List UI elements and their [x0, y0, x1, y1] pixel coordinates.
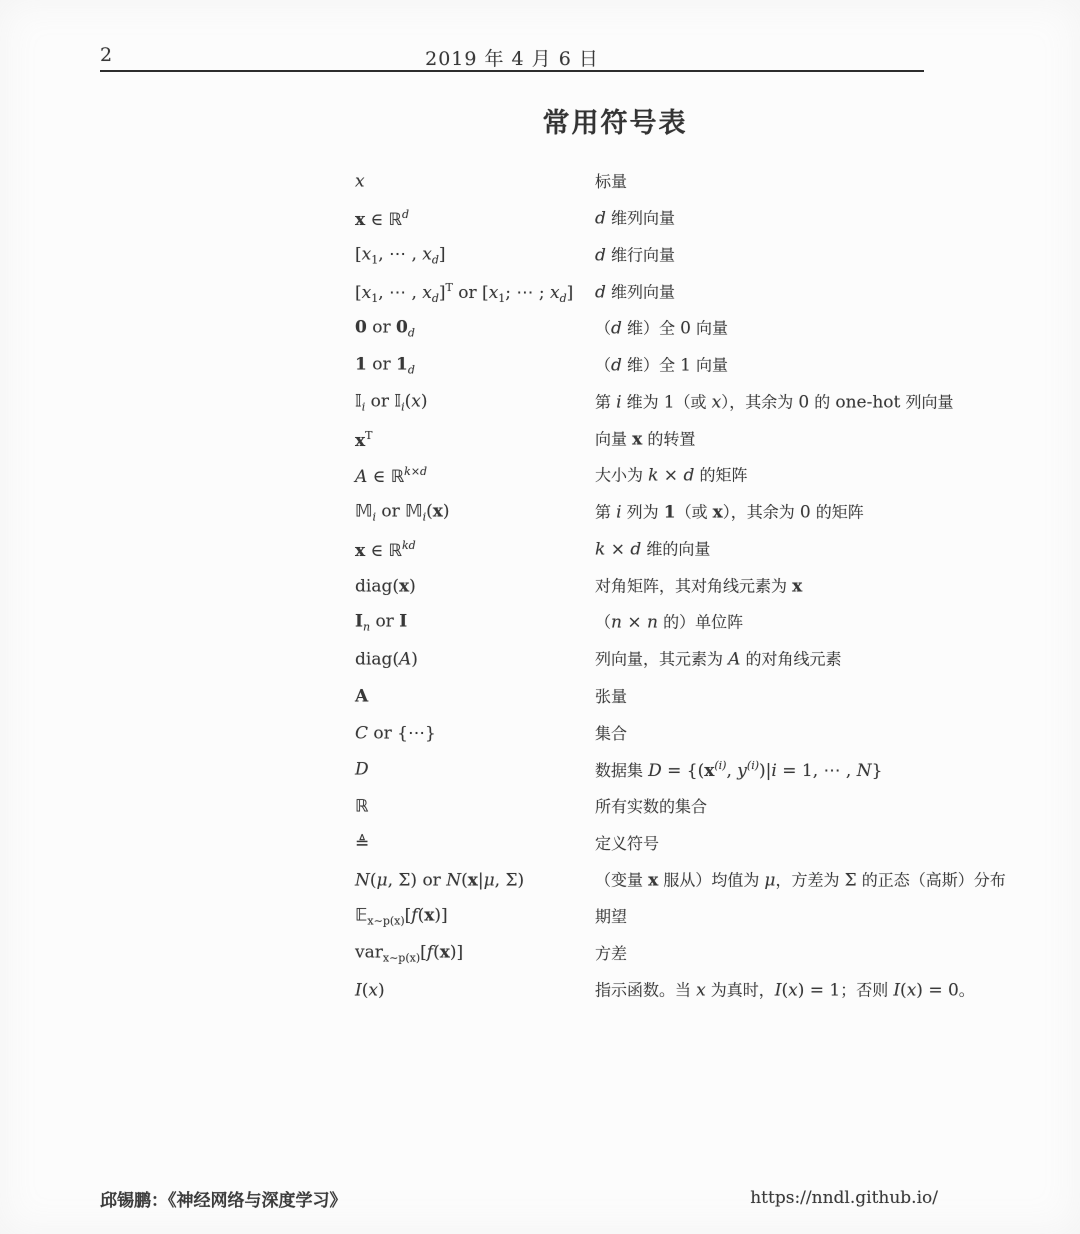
- math-segment: or: [376, 502, 405, 522]
- table-row: x ∈ ℝdd 维列向量: [355, 201, 1015, 238]
- math-segment: (i): [714, 759, 726, 772]
- description-cell: 对角矩阵，其对角线元素为 x: [595, 578, 802, 595]
- symbol-cell: diag(A): [355, 652, 418, 669]
- math-segment: x: [424, 906, 434, 926]
- math-segment: ]: [567, 283, 574, 303]
- math-segment: d: [408, 364, 415, 377]
- symbol-cell: xT: [355, 430, 372, 450]
- math-segment: ），其余为: [721, 392, 798, 411]
- math-segment: ): [421, 391, 428, 411]
- table-row: [x1, ⋯ , xd]d 维行向量: [355, 238, 1015, 275]
- math-segment: 𝕄: [355, 502, 372, 522]
- math-segment: 第: [595, 392, 616, 411]
- math-segment: x∼p(x): [367, 915, 404, 928]
- math-segment: ∈: [365, 210, 388, 230]
- math-segment: x: [422, 283, 432, 303]
- math-segment: x: [440, 943, 450, 963]
- math-segment: diag(: [355, 576, 399, 596]
- description-cell: 定义符号: [595, 836, 659, 852]
- symbol-cell: A ∈ ℝk×d: [355, 466, 427, 486]
- math-segment: I: [355, 612, 363, 632]
- math-segment: (: [461, 870, 468, 890]
- math-segment: d: [432, 253, 439, 266]
- math-segment: ]: [439, 283, 446, 303]
- math-segment: x: [355, 210, 365, 230]
- table-row: I(x)指示函数。当 x 为真时，I(x) = 1；否则 I(x) = 0。: [355, 973, 1015, 1010]
- math-segment: x: [713, 503, 723, 523]
- table-row: [x1, ⋯ , xd]T or [x1; ⋯ ; xd]d 维列向量: [355, 274, 1015, 311]
- description-cell: 所有实数的集合: [595, 799, 707, 815]
- math-segment: [: [420, 943, 427, 963]
- math-segment: 向量: [595, 429, 632, 448]
- description-cell: （n × n 的）单位阵: [595, 615, 743, 632]
- math-segment: x: [422, 244, 432, 264]
- math-segment: x: [632, 429, 642, 449]
- math-segment: 第: [595, 503, 616, 522]
- math-segment: 标量: [595, 172, 627, 191]
- description-cell: 向量 x 的转置: [595, 431, 695, 448]
- symbol-cell: diag(x): [355, 578, 416, 595]
- math-segment: 向量: [691, 319, 728, 338]
- symbol-cell: [x1, ⋯ , xd]: [355, 246, 446, 265]
- math-segment: （: [595, 319, 611, 338]
- math-segment: x: [355, 172, 365, 192]
- symbol-cell: 0 or 0d: [355, 320, 415, 339]
- math-segment: 服从）均值为: [658, 870, 764, 889]
- table-row: x ∈ ℝkdk × d 维的向量: [355, 532, 1015, 569]
- math-segment: ，方差为: [775, 870, 844, 889]
- page-title: 常用符号表: [543, 101, 688, 140]
- math-segment: 维的向量: [641, 539, 710, 558]
- math-segment: ): [409, 576, 416, 596]
- math-segment: ×: [605, 539, 630, 559]
- math-segment: d: [402, 208, 409, 221]
- math-segment: 1: [664, 392, 675, 412]
- symbol-cell: 𝕀i or 𝕀i(x): [355, 393, 427, 412]
- math-segment: d: [408, 327, 415, 340]
- math-segment: ): [378, 980, 385, 1000]
- table-row: varx∼p(x)[f(x)]方差: [355, 936, 1015, 973]
- math-segment: x: [368, 980, 378, 1000]
- math-segment: ,: [726, 761, 737, 781]
- math-segment: x: [355, 431, 365, 451]
- math-segment: I: [775, 980, 782, 1000]
- math-segment: d: [611, 319, 622, 339]
- math-segment: or {⋯}: [368, 723, 436, 743]
- math-segment: k: [595, 539, 605, 559]
- math-segment: x∼p(x): [383, 952, 420, 965]
- table-row: D数据集 D = {(x(i), y(i))|i = 1, ⋯ , N}: [355, 752, 1015, 789]
- symbol-cell: x ∈ ℝd: [355, 209, 409, 229]
- math-segment: (: [370, 870, 377, 890]
- table-row: In or I（n × n 的）单位阵: [355, 605, 1015, 642]
- math-segment: d: [560, 292, 567, 305]
- math-segment: ×: [658, 466, 683, 486]
- table-row: 0 or 0d（d 维）全 0 向量: [355, 311, 1015, 348]
- math-segment: )|: [759, 761, 771, 781]
- math-segment: = {(: [662, 761, 705, 781]
- symbol-cell: 𝕄i or 𝕄i(x): [355, 504, 450, 523]
- table-row: diag(x)对角矩阵，其对角线元素为 x: [355, 568, 1015, 605]
- math-segment: x: [489, 283, 499, 303]
- table-row: xT向量 x 的转置: [355, 421, 1015, 458]
- math-segment: n: [363, 621, 370, 634]
- math-segment: 1: [680, 356, 691, 376]
- description-cell: 第 i 维为 1（或 x），其余为 0 的 one-hot 列向量: [595, 394, 953, 411]
- math-segment: ），其余为: [723, 503, 800, 522]
- math-segment: (i): [747, 759, 759, 772]
- math-segment: )]: [434, 906, 447, 926]
- math-segment: μ: [764, 870, 775, 890]
- math-segment: C: [355, 723, 368, 743]
- description-cell: d 维行向量: [595, 247, 675, 264]
- math-segment: 为真时，: [706, 980, 775, 999]
- math-segment: 𝕄: [405, 502, 422, 522]
- math-segment: )]: [450, 943, 463, 963]
- table-row: C or {⋯}集合: [355, 715, 1015, 752]
- math-segment: 𝕀: [355, 391, 362, 411]
- math-segment: T: [446, 281, 453, 294]
- math-segment: x: [399, 576, 409, 596]
- math-segment: （: [595, 356, 611, 375]
- table-row: A ∈ ℝk×d大小为 k × d 的矩阵: [355, 458, 1015, 495]
- math-segment: ℝ: [355, 797, 368, 817]
- table-row: 1 or 1d（d 维）全 1 向量: [355, 348, 1015, 385]
- description-cell: （d 维）全 0 向量: [595, 321, 728, 338]
- footer-url-link[interactable]: https://nndl.github.io/: [750, 1188, 938, 1208]
- table-row: ≜定义符号: [355, 826, 1015, 863]
- math-segment: N: [857, 761, 872, 781]
- math-segment: 数据集: [595, 761, 648, 780]
- table-row: ℝ所有实数的集合: [355, 789, 1015, 826]
- math-segment: 𝔼: [355, 906, 367, 926]
- description-cell: 大小为 k × d 的矩阵: [595, 468, 747, 485]
- table-row: 𝕄i or 𝕄i(x)第 i 列为 1（或 x），其余为 0 的矩阵: [355, 495, 1015, 532]
- symbol-cell: 𝔼x∼p(x)[f(x)]: [355, 908, 448, 927]
- math-segment: ) = 1: [798, 980, 841, 1000]
- math-segment: 所有实数的集合: [595, 797, 707, 816]
- header-date: 2019 年 4 月 6 日: [100, 44, 924, 71]
- symbol-cell: varx∼p(x)[f(x)]: [355, 945, 463, 964]
- description-cell: 指示函数。当 x 为真时，I(x) = 1；否则 I(x) = 0。: [595, 982, 975, 999]
- math-segment: diag(: [355, 650, 399, 670]
- math-segment: ℝ: [391, 467, 404, 487]
- description-cell: 期望: [595, 909, 627, 925]
- math-segment: ≜: [355, 833, 369, 853]
- math-segment: x: [433, 502, 443, 522]
- math-segment: = 1, ⋯ ,: [777, 761, 857, 781]
- math-segment: 列向量: [900, 392, 953, 411]
- math-segment: （或: [675, 392, 712, 411]
- math-segment: 的）单位阵: [658, 613, 743, 632]
- math-segment: x: [704, 761, 714, 781]
- math-segment: ]: [439, 244, 446, 264]
- math-segment: 0: [800, 503, 811, 523]
- math-segment: 1: [396, 355, 408, 375]
- description-cell: 列向量，其元素为 A 的对角线元素: [595, 652, 841, 669]
- math-segment: d: [432, 292, 439, 305]
- math-segment: d: [595, 209, 606, 229]
- math-segment: 的矩阵: [694, 466, 747, 485]
- math-segment: 。: [959, 980, 975, 999]
- symbol-cell: ≜: [355, 835, 369, 852]
- math-segment: d: [595, 282, 606, 302]
- math-segment: x: [468, 870, 478, 890]
- math-segment: 期望: [595, 907, 627, 926]
- math-segment: n: [611, 613, 622, 633]
- math-segment: 定义符号: [595, 834, 659, 853]
- math-segment: , ⋯ ,: [378, 283, 422, 303]
- description-cell: （变量 x 服从）均值为 μ，方差为 Σ 的正态（高斯）分布: [595, 872, 1006, 889]
- math-segment: μ: [484, 870, 495, 890]
- symbol-cell: D: [355, 762, 369, 779]
- math-segment: ) = 0: [916, 980, 959, 1000]
- math-segment: }: [872, 761, 883, 781]
- math-segment: 张量: [595, 687, 627, 706]
- math-segment: d: [683, 466, 694, 486]
- math-segment: 的正态（高斯）分布: [857, 870, 1006, 889]
- symbol-cell: A: [355, 688, 368, 705]
- math-segment: ): [443, 502, 450, 522]
- math-segment: kd: [402, 539, 416, 552]
- math-segment: ℝ: [389, 210, 402, 230]
- math-segment: I: [399, 612, 407, 632]
- math-segment: 0: [355, 318, 367, 338]
- math-segment: x: [788, 980, 798, 1000]
- math-segment: or: [367, 355, 396, 375]
- symbol-cell: C or {⋯}: [355, 725, 436, 742]
- table-row: 𝕀i or 𝕀i(x)第 i 维为 1（或 x），其余为 0 的 one-hot…: [355, 385, 1015, 422]
- math-segment: ×: [622, 613, 647, 633]
- table-row: N(μ, Σ) or N(x|μ, Σ)（变量 x 服从）均值为 μ，方差为 Σ…: [355, 862, 1015, 899]
- math-segment: Σ: [845, 870, 857, 890]
- math-segment: k: [648, 466, 658, 486]
- table-row: diag(A)列向量，其元素为 A 的对角线元素: [355, 642, 1015, 679]
- description-cell: 方差: [595, 946, 627, 962]
- symbol-table: x标量x ∈ ℝdd 维列向量[x1, ⋯ , xd]d 维行向量[x1, ⋯ …: [355, 164, 1015, 1009]
- table-row: x标量: [355, 164, 1015, 201]
- math-segment: x: [648, 870, 658, 890]
- math-segment: 指示函数。当: [595, 980, 696, 999]
- math-segment: ; ⋯ ;: [505, 283, 550, 303]
- math-segment: [: [355, 283, 362, 303]
- math-segment: d: [630, 539, 641, 559]
- header-rule: [100, 70, 924, 72]
- math-segment: (: [426, 502, 433, 522]
- math-segment: ∈: [367, 467, 390, 487]
- math-segment: μ: [377, 870, 388, 890]
- math-segment: , ⋯ ,: [378, 244, 422, 264]
- math-segment: （: [595, 613, 611, 632]
- math-segment: 0: [396, 318, 408, 338]
- math-segment: , Σ): [495, 870, 524, 890]
- math-segment: D: [648, 761, 662, 781]
- math-segment: 对角矩阵，其对角线元素为: [595, 576, 792, 595]
- symbol-cell: [x1, ⋯ , xd]T or [x1; ⋯ ; xd]: [355, 282, 573, 304]
- description-cell: 张量: [595, 689, 627, 705]
- math-segment: (: [433, 943, 440, 963]
- description-cell: 标量: [595, 174, 627, 190]
- math-segment: x: [907, 980, 917, 1000]
- math-segment: 的: [809, 392, 835, 411]
- math-segment: 向量: [691, 356, 728, 375]
- math-segment: x: [411, 391, 421, 411]
- math-segment: 维行向量: [606, 245, 675, 264]
- symbol-cell: I(x): [355, 982, 385, 999]
- math-segment: 维为: [622, 392, 664, 411]
- document-page: 2 2019 年 4 月 6 日 常用符号表 x标量x ∈ ℝdd 维列向量[x…: [0, 0, 1080, 1234]
- math-segment: x: [792, 576, 802, 596]
- math-segment: 维列向量: [606, 282, 675, 301]
- math-segment: , Σ) or: [388, 870, 447, 890]
- math-segment: 维）全: [622, 319, 680, 338]
- table-row: A张量: [355, 679, 1015, 716]
- symbol-cell: In or I: [355, 614, 407, 633]
- math-segment: 列向量，其元素为: [595, 650, 728, 669]
- math-segment: 列为: [622, 503, 664, 522]
- math-segment: d: [595, 245, 606, 265]
- math-segment: x: [362, 244, 372, 264]
- math-segment: 的对角线元素: [740, 650, 841, 669]
- math-segment: x: [362, 283, 372, 303]
- math-segment: [: [355, 244, 362, 264]
- description-cell: d 维列向量: [595, 211, 675, 228]
- math-segment: x: [712, 392, 722, 412]
- math-segment: 集合: [595, 724, 627, 743]
- description-cell: d 维列向量: [595, 284, 675, 301]
- math-segment: d: [611, 356, 622, 376]
- math-segment: I: [355, 980, 362, 1000]
- description-cell: 第 i 列为 1（或 x），其余为 0 的矩阵: [595, 505, 864, 522]
- math-segment: A: [355, 467, 367, 487]
- table-row: 𝔼x∼p(x)[f(x)]期望: [355, 899, 1015, 936]
- math-segment: 的转置: [642, 429, 695, 448]
- math-segment: or: [365, 391, 394, 411]
- math-segment: 0: [798, 392, 809, 412]
- symbol-cell: x: [355, 174, 365, 191]
- footer-book-title: 邱锡鹏：《神经网络与深度学习》: [100, 1186, 347, 1211]
- math-segment: var: [355, 943, 383, 963]
- description-cell: （d 维）全 1 向量: [595, 358, 728, 375]
- math-segment: T: [365, 429, 372, 442]
- math-segment: 维）全: [622, 356, 680, 375]
- symbol-cell: ℝ: [355, 799, 368, 816]
- math-segment: x: [355, 541, 365, 561]
- math-segment: ℝ: [389, 541, 402, 561]
- math-segment: y: [737, 761, 747, 781]
- symbol-cell: x ∈ ℝkd: [355, 540, 416, 560]
- math-segment: ): [411, 650, 418, 670]
- math-segment: 1: [664, 503, 676, 523]
- math-segment: A: [399, 650, 411, 670]
- description-cell: 数据集 D = {(x(i), y(i))|i = 1, ⋯ , N}: [595, 760, 882, 780]
- math-segment: one-hot: [835, 392, 900, 412]
- math-segment: or: [370, 612, 399, 632]
- math-segment: or [: [453, 283, 489, 303]
- math-segment: N: [355, 870, 370, 890]
- math-segment: A: [728, 650, 740, 670]
- math-segment: （变量: [595, 870, 648, 889]
- math-segment: x: [696, 980, 706, 1000]
- math-segment: n: [647, 613, 658, 633]
- math-segment: (: [900, 980, 907, 1000]
- symbol-cell: 1 or 1d: [355, 357, 415, 376]
- math-segment: 的矩阵: [811, 503, 864, 522]
- math-segment: ；否则: [840, 980, 893, 999]
- description-cell: k × d 维的向量: [595, 541, 710, 558]
- symbol-cell: N(μ, Σ) or N(x|μ, Σ): [355, 872, 524, 889]
- math-segment: N: [446, 870, 461, 890]
- math-segment: 1: [355, 355, 367, 375]
- math-segment: （或: [676, 503, 713, 522]
- math-segment: or: [367, 318, 396, 338]
- math-segment: ∈: [365, 541, 388, 561]
- math-segment: 维列向量: [606, 209, 675, 228]
- math-segment: 方差: [595, 944, 627, 963]
- description-cell: 集合: [595, 726, 627, 742]
- math-segment: 0: [680, 319, 691, 339]
- math-segment: A: [355, 686, 368, 706]
- math-segment: D: [355, 760, 369, 780]
- math-segment: 大小为: [595, 466, 648, 485]
- math-segment: x: [550, 283, 560, 303]
- math-segment: k×d: [404, 465, 427, 478]
